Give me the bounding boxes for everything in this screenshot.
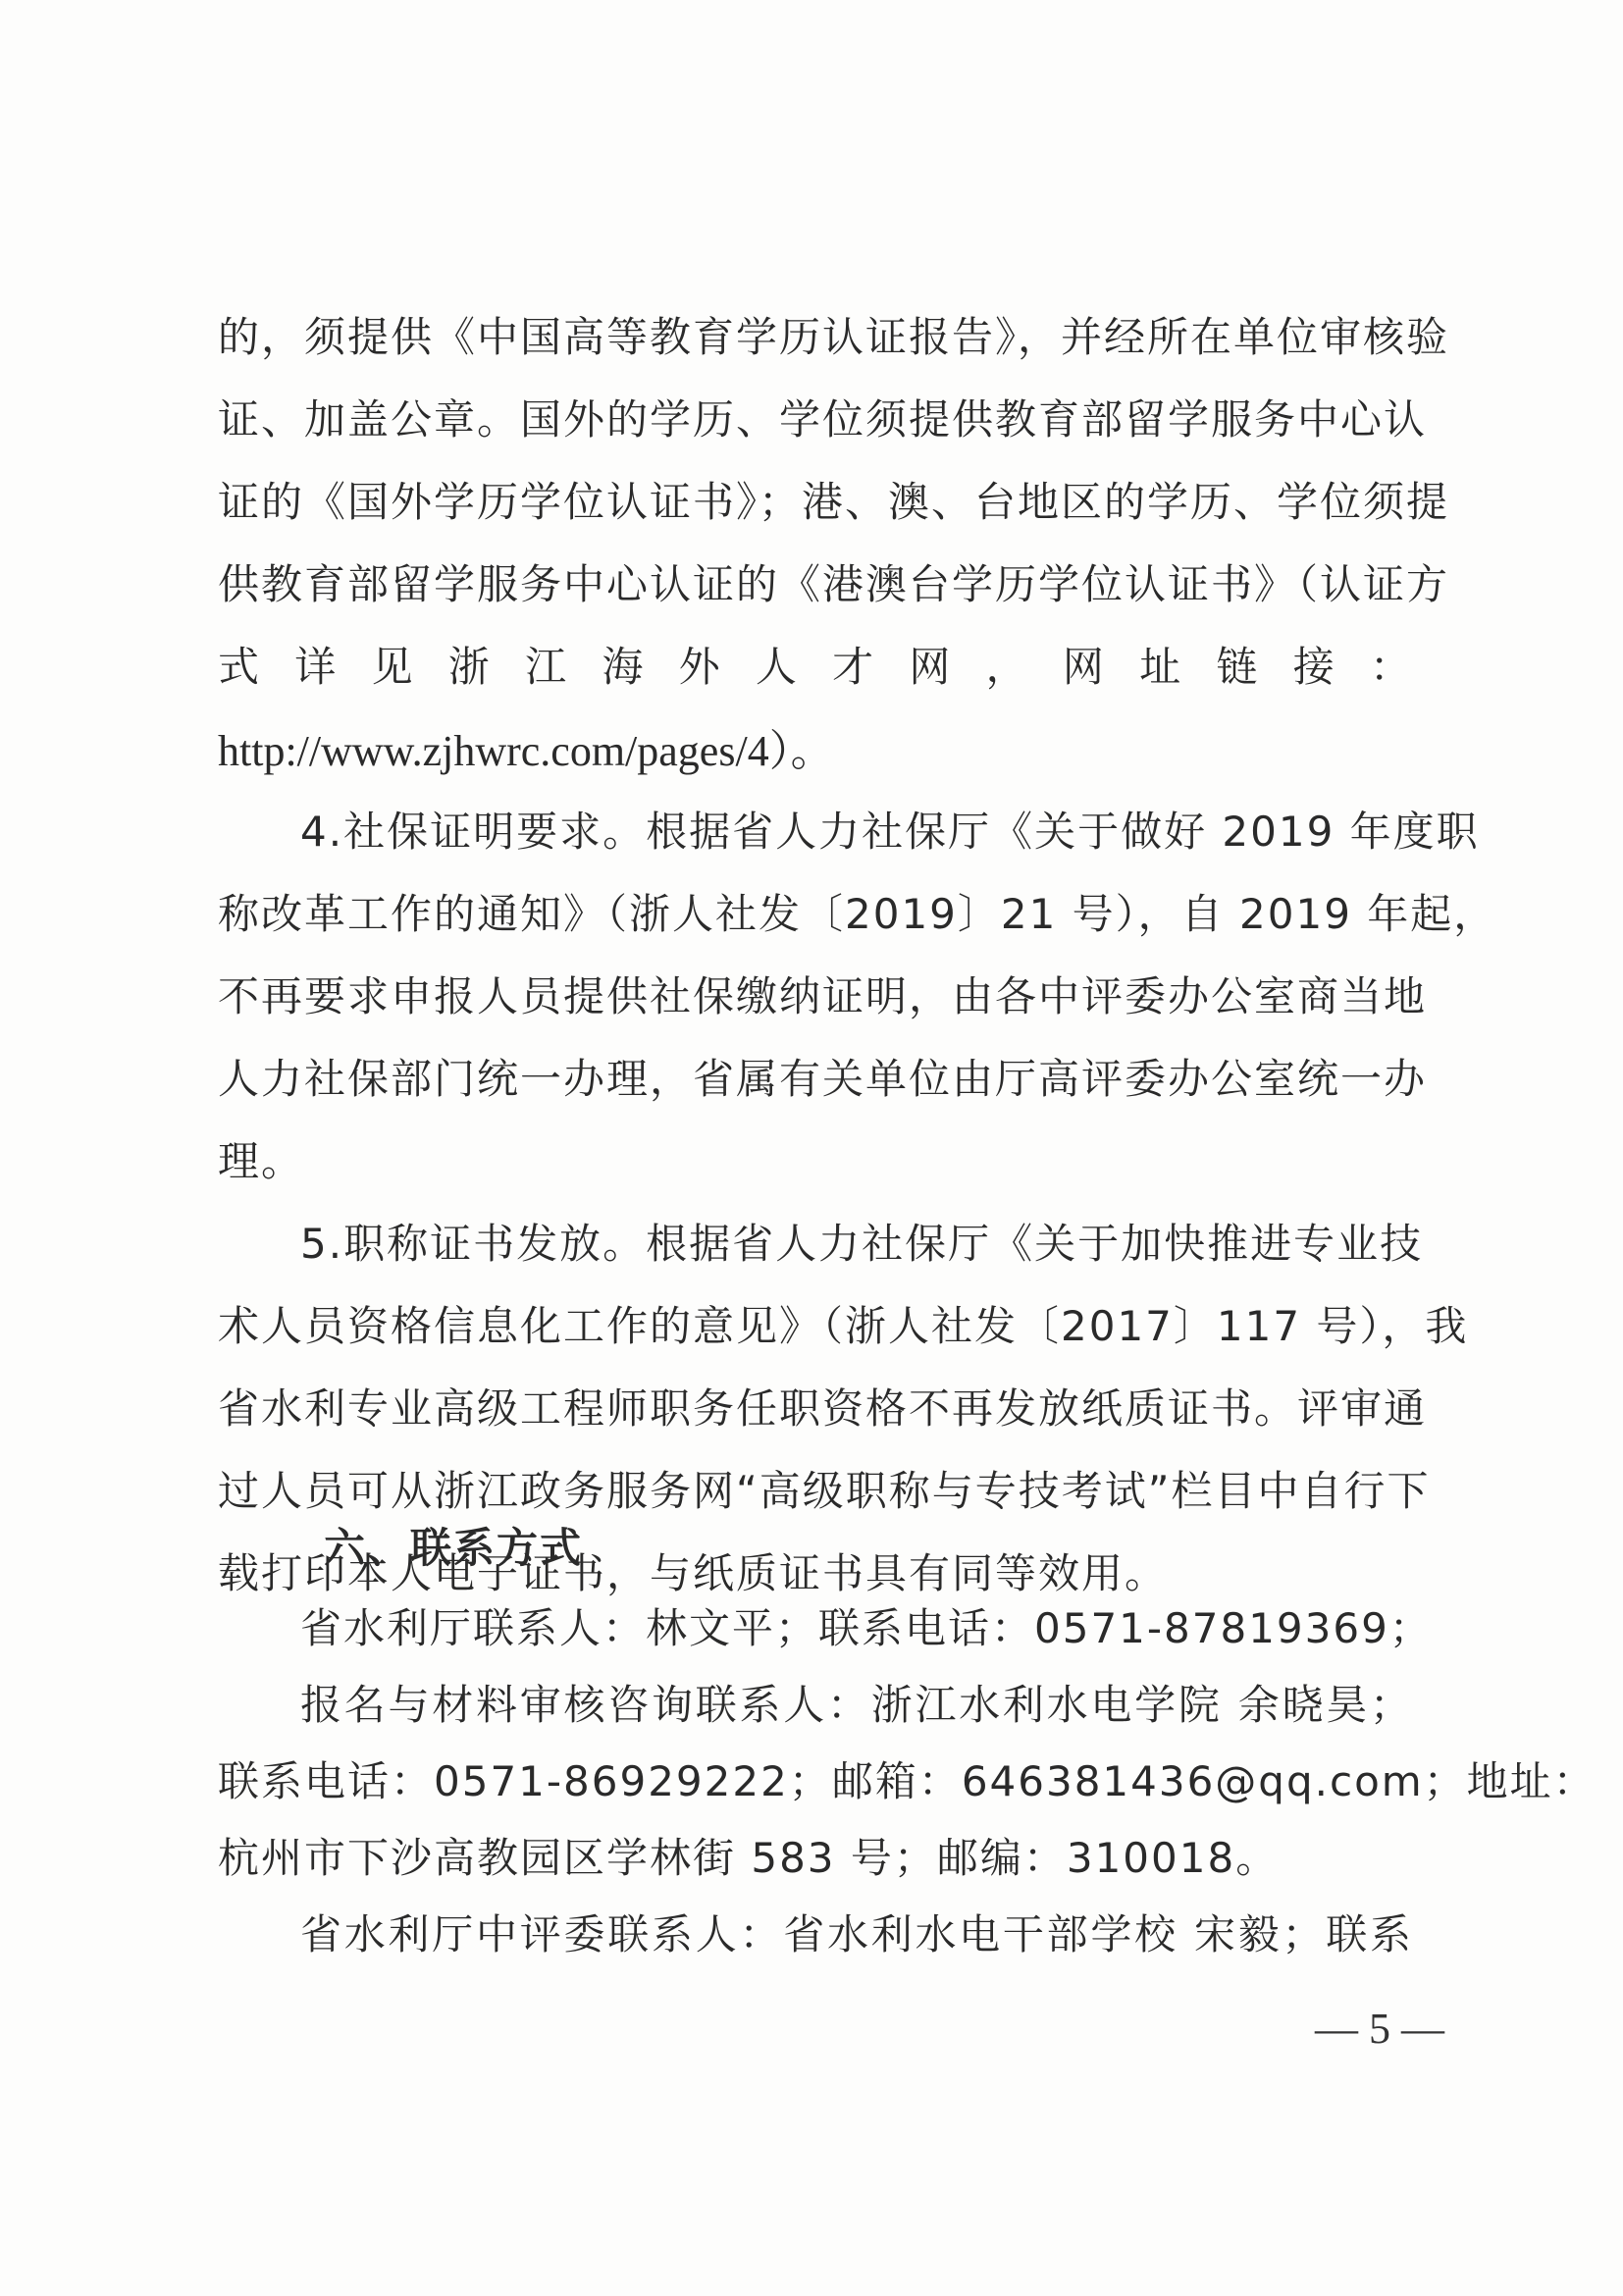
section-4-heading-line: 4.社保证明要求。根据省人力社保厅《关于做好 2019 年度职 <box>300 807 1413 858</box>
contact-line: 报名与材料审核咨询联系人：浙江水利水电学院 余晓昊； <box>300 1680 1413 1731</box>
body-text-line: 的，须提供《中国高等教育学历认证报告》，并经所在单位审核验 <box>218 312 1413 363</box>
document-page: 的，须提供《中国高等教育学历认证报告》，并经所在单位审核验 证、加盖公章。国外的… <box>0 0 1623 2296</box>
body-text-line: 证、加盖公章。国外的学历、学位须提供教育部留学服务中心认 <box>218 394 1413 445</box>
body-text-line: 人力社保部门统一办理，省属有关单位由厅高评委办公室统一办 <box>218 1054 1413 1105</box>
page-number: — 5 — <box>1315 2004 1444 2054</box>
body-text-line: 不再要求申报人员提供社保缴纳证明，由各中评委办公室商当地 <box>218 971 1413 1022</box>
body-text-line: 证的《国外学历学位认证书》；港、澳、台地区的学历、学位须提 <box>218 477 1413 528</box>
contact-line: 省水利厅联系人：林文平；联系电话：0571-87819369； <box>300 1603 1413 1654</box>
contact-line: 杭州市下沙高教园区学林街 583 号；邮编：310018。 <box>218 1833 1413 1884</box>
body-text-line: 省水利专业高级工程师职务任职资格不再发放纸质证书。评审通 <box>218 1383 1413 1435</box>
body-text-line: 术人员资格信息化工作的意见》（浙人社发〔2017〕117 号），我 <box>218 1301 1413 1352</box>
body-text-line: 供教育部留学服务中心认证的《港澳台学历学位认证书》（认证方 <box>218 559 1413 610</box>
url-link-text: http://www.zjhwrc.com/pages/4）。 <box>218 726 1413 777</box>
contact-line: 联系电话：0571-86929222；邮箱：646381436@qq.com；地… <box>218 1756 1413 1807</box>
body-text-line: 理。 <box>218 1136 1413 1187</box>
section-6-heading: 六、联系方式 <box>324 1523 1519 1574</box>
body-text-line: 过人员可从浙江政务服务网“高级职称与专技考试”栏目中自行下 <box>218 1466 1413 1517</box>
contact-line: 省水利厅中评委联系人：省水利水电干部学校 宋毅；联系 <box>300 1909 1413 1960</box>
section-5-heading-line: 5.职称证书发放。根据省人力社保厅《关于加快推进专业技 <box>300 1219 1413 1270</box>
body-text-line: 式详见浙江海外人才网，网址链接： <box>218 642 1413 693</box>
body-text-line: 称改革工作的通知》（浙人社发〔2019〕21 号），自 2019 年起， <box>218 889 1413 940</box>
